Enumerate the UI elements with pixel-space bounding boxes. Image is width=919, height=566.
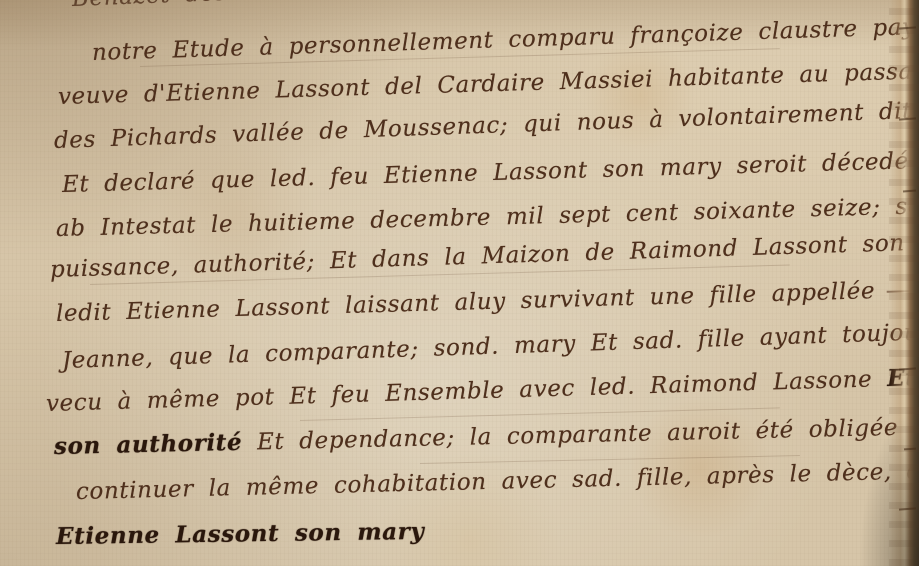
manuscript-line: continuer la même cohabitation avec sad.… [76,456,919,505]
line-text: Et dependance; la comparante auroit été … [242,414,919,456]
line-text: Et declaré que led. feu Etienne Lassont … [62,148,909,198]
line-text: des Pichards vallée de Moussenac; qui no… [54,98,913,154]
line-text: ledit Etienne Lassont laissant aluy surv… [56,278,876,327]
manuscript-line: des Pichards vallée de Moussenac; qui no… [54,98,913,154]
manuscript-photo: Benazet des Moulen Massiei no notre Etud… [0,0,919,566]
line-text: vecu à même pot Et feu Ensemble avec led… [46,366,888,417]
manuscript-line: son authorité Et dependance; la comparan… [54,413,919,460]
line-text: Jeanne, que la comparante; sond. mary Et… [62,319,919,374]
manuscript-line: Et declaré que led. feu Etienne Lassont … [62,147,919,198]
line-text: notre Etude à personnellement comparu fr… [92,13,919,66]
manuscript-line: vecu à même pot Et feu Ensemble avec led… [46,362,919,417]
line-text: continuer la même cohabitation avec sad.… [76,457,919,505]
line-text-bold: son authorité [54,429,243,460]
manuscript-line: Etienne Lassont son mary [56,518,425,550]
line-text: Benazet des Moulen Massiei no [71,0,486,12]
manuscript-line: Jeanne, que la comparante; sond. mary Et… [62,319,919,374]
page-edge [889,0,919,566]
manuscript-line: ledit Etienne Lassont laissant aluy surv… [56,277,919,327]
line-text-bold: Etienne Lassont son mary [56,518,425,550]
manuscript-line: notre Etude à personnellement comparu fr… [92,12,919,66]
manuscript-line: Benazet des Moulen Massiei no [71,0,486,12]
